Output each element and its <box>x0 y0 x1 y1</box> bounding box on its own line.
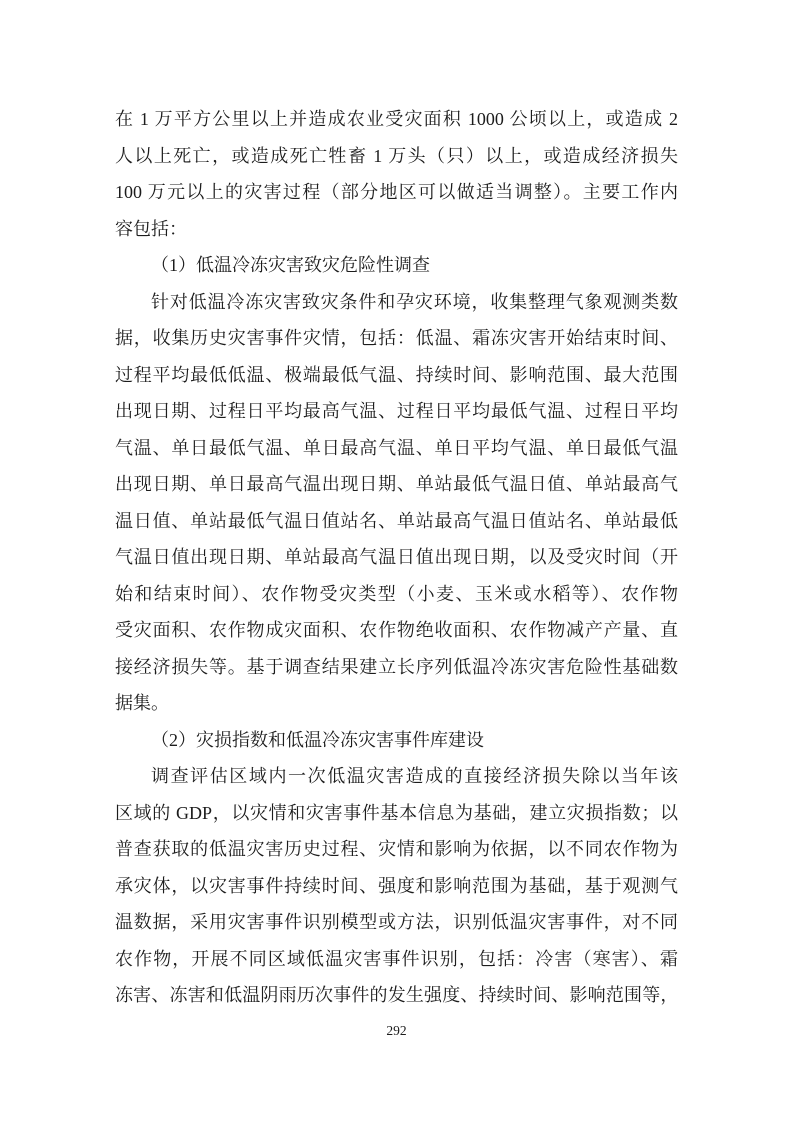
paragraph-line: 承灾体，以灾害事件持续时间、强度和影响范围为基础，基于观测气 <box>115 868 678 905</box>
paragraph-line: 出现日期、单日最高气温出现日期、单站最低气温日值、单站最高气 <box>115 466 678 503</box>
text-body: 在 1 万平方公里以上并造成农业受灾面积 1000 公顷以上，或造成 2 人以上… <box>115 101 678 1014</box>
paragraph-line: 据，收集历史灾害事件灾情，包括：低温、霜冻灾害开始结束时间、 <box>115 320 678 357</box>
paragraph-line: 气温、单日最低气温、单日最高气温、单日平均气温、单日最低气温 <box>115 430 678 467</box>
paragraph-line: 区域的 GDP，以灾情和灾害事件基本信息为基础，建立灾损指数；以 <box>115 795 678 832</box>
paragraph-line: 人以上死亡，或造成死亡牲畜 1 万头（只）以上，或造成经济损失 <box>115 138 678 175</box>
paragraph-line: 冻害、冻害和低温阴雨历次事件的发生强度、持续时间、影响范围等， <box>115 977 678 1014</box>
document-page: 在 1 万平方公里以上并造成农业受灾面积 1000 公顷以上，或造成 2 人以上… <box>0 0 793 1122</box>
paragraph-line: 普查获取的低温灾害历史过程、灾情和影响为依据，以不同农作物为 <box>115 831 678 868</box>
paragraph-line: 接经济损失等。基于调查结果建立长序列低温冷冻灾害危险性基础数 <box>115 649 678 686</box>
paragraph-line: 100 万元以上的灾害过程（部分地区可以做适当调整）。主要工作内 <box>115 174 678 211</box>
paragraph-line: 受灾面积、农作物成灾面积、农作物绝收面积、农作物减产产量、直 <box>115 612 678 649</box>
paragraph-line: 出现日期、过程日平均最高气温、过程日平均最低气温、过程日平均 <box>115 393 678 430</box>
paragraph-line: 容包括： <box>115 211 678 248</box>
paragraph-line: 据集。 <box>115 685 678 722</box>
paragraph-line: 农作物，开展不同区域低温灾害事件识别，包括：冷害（寒害）、霜 <box>115 941 678 978</box>
page-footer: 292 <box>0 1022 793 1040</box>
paragraph-line: 过程平均最低低温、极端最低气温、持续时间、影响范围、最大范围 <box>115 357 678 394</box>
paragraph-line: 针对低温冷冻灾害致灾条件和孕灾环境，收集整理气象观测类数 <box>115 284 678 321</box>
section-heading-1: （1）低温冷冻灾害致灾危险性调查 <box>115 247 678 284</box>
paragraph-line: 气温日值出现日期、单站最高气温日值出现日期，以及受灾时间（开 <box>115 539 678 576</box>
page-number: 292 <box>386 1023 406 1038</box>
paragraph-line: 始和结束时间）、农作物受灾类型（小麦、玉米或水稻等）、农作物 <box>115 576 678 613</box>
paragraph-line: 温数据，采用灾害事件识别模型或方法，识别低温灾害事件，对不同 <box>115 904 678 941</box>
paragraph-line: 温日值、单站最低气温日值站名、单站最高气温日值站名、单站最低 <box>115 503 678 540</box>
paragraph-line: 调查评估区域内一次低温灾害造成的直接经济损失除以当年该 <box>115 758 678 795</box>
paragraph-line: 在 1 万平方公里以上并造成农业受灾面积 1000 公顷以上，或造成 2 <box>115 101 678 138</box>
section-heading-2: （2）灾损指数和低温冷冻灾害事件库建设 <box>115 722 678 759</box>
